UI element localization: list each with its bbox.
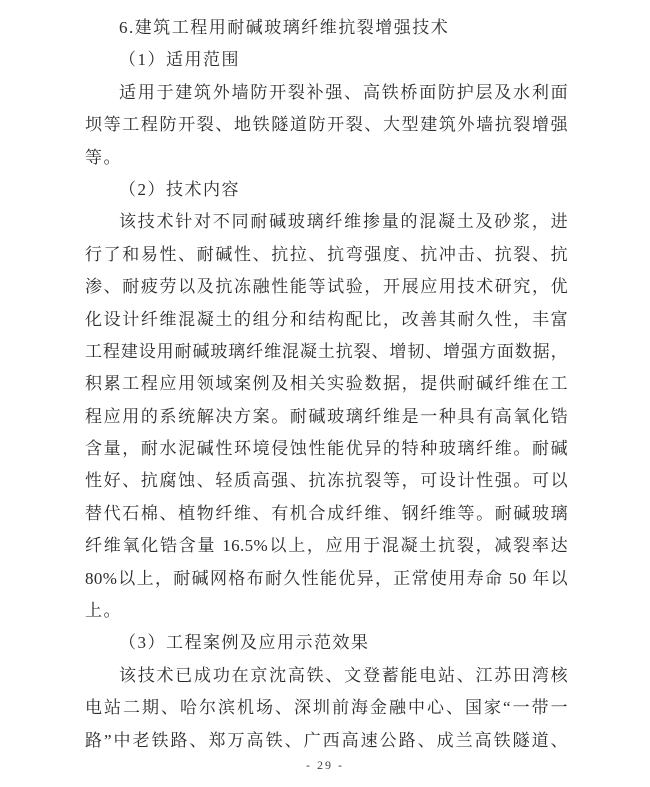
document-body: 6.建筑工程用耐碱玻璃纤维抗裂增强技术（1）适用范围适用于建筑外墙防开裂补强、高… xyxy=(85,12,568,757)
body-line: 化设计纤维混凝土的组分和结构配比，改善其耐久性，丰富 xyxy=(85,304,568,336)
body-line: 程应用的系统解决方案。耐碱玻璃纤维是一种具有高氧化锆 xyxy=(85,401,568,433)
body-line: 工程建设用耐碱玻璃纤维混凝土抗裂、增韧、增强方面数据， xyxy=(85,336,568,368)
subsection-heading: （3）工程案例及应用示范效果 xyxy=(85,627,568,659)
body-line: 渗、耐疲劳以及抗冻融性能等试验，开展应用技术研究，优 xyxy=(85,271,568,303)
body-line: 积累工程应用领域案例及相关实验数据，提供耐碱纤维在工 xyxy=(85,368,568,400)
page-number: - 29 - xyxy=(0,758,650,773)
body-line: 80%以上，耐碱网格布耐久性能优异，正常使用寿命 50 年以 xyxy=(85,563,568,595)
subsection-heading: （2）技术内容 xyxy=(85,174,568,206)
section-title: 6.建筑工程用耐碱玻璃纤维抗裂增强技术 xyxy=(85,12,568,44)
body-line: 该技术已成功在京沈高铁、文登蓄能电站、江苏田湾核 xyxy=(85,660,568,692)
body-line: 上。 xyxy=(85,595,568,627)
body-line: 含量，耐水泥碱性环境侵蚀性能优异的特种玻璃纤维。耐碱 xyxy=(85,433,568,465)
body-line: 性好、抗腐蚀、轻质高强、抗冻抗裂等，可设计性强。可以 xyxy=(85,465,568,497)
body-line: 路”中老铁路、郑万高铁、广西高速公路、成兰高铁隧道、 xyxy=(85,725,568,757)
body-line: 等。 xyxy=(85,142,568,174)
body-line: 坝等工程防开裂、地铁隧道防开裂、大型建筑外墙抗裂增强 xyxy=(85,109,568,141)
body-line: 适用于建筑外墙防开裂补强、高铁桥面防护层及水利面 xyxy=(85,77,568,109)
subsection-heading: （1）适用范围 xyxy=(85,44,568,76)
body-line: 纤维氧化锆含量 16.5%以上，应用于混凝土抗裂，减裂率达 xyxy=(85,530,568,562)
body-line: 该技术针对不同耐碱玻璃纤维掺量的混凝土及砂浆，进 xyxy=(85,206,568,238)
document-page: 6.建筑工程用耐碱玻璃纤维抗裂增强技术（1）适用范围适用于建筑外墙防开裂补强、高… xyxy=(0,0,650,787)
body-line: 替代石棉、植物纤维、有机合成纤维、钢纤维等。耐碱玻璃 xyxy=(85,498,568,530)
body-line: 电站二期、哈尔滨机场、深圳前海金融中心、国家“一带一 xyxy=(85,692,568,724)
body-line: 行了和易性、耐碱性、抗拉、抗弯强度、抗冲击、抗裂、抗 xyxy=(85,239,568,271)
